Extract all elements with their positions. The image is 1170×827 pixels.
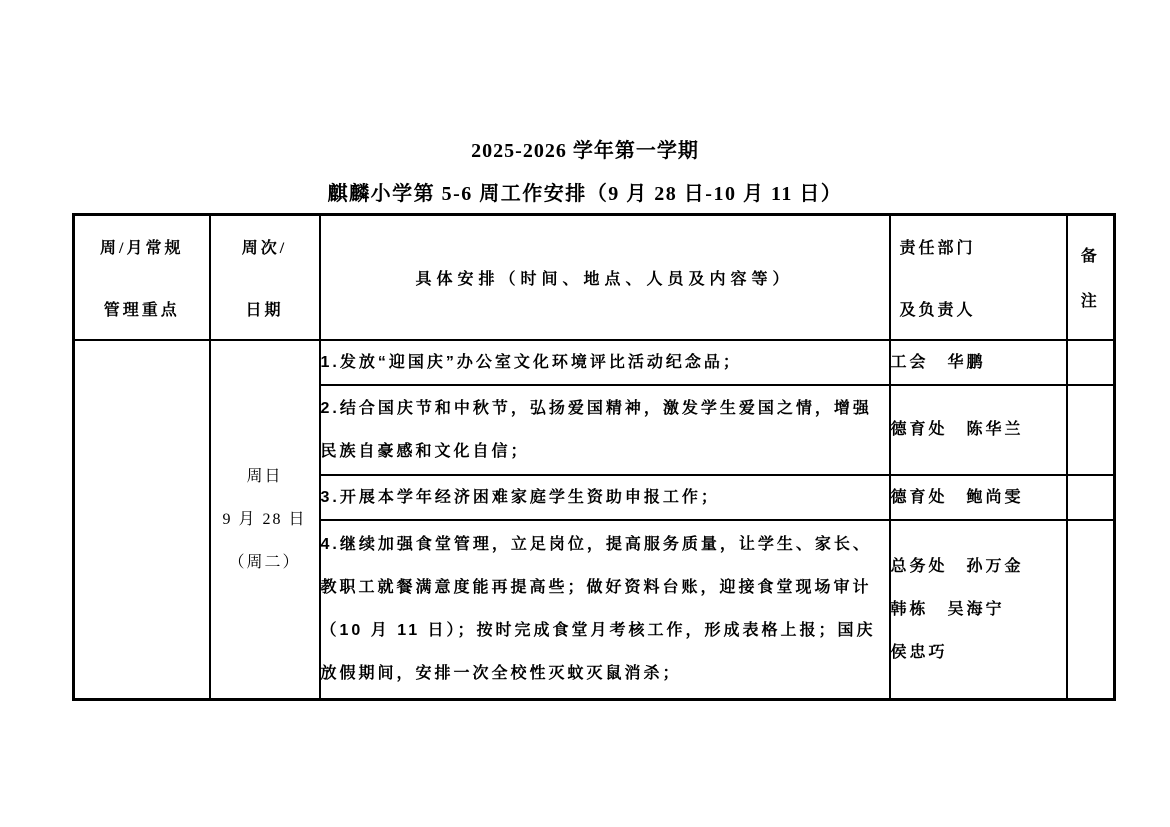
task-cell-3: 3.开展本学年经济困难家庭学生资助申报工作；	[320, 475, 890, 520]
header-week-date-line2: 日期	[245, 297, 283, 320]
responsible-cell-1: 工会 华鹏	[890, 340, 1067, 385]
responsible-line: 德育处 陈华兰	[891, 408, 1066, 451]
week-date-line3: （周二）	[211, 541, 319, 584]
task-cell-4: 4.继续加强食堂管理，立足岗位，提高服务质量，让学生、家长、教职工就餐满意度能再…	[320, 520, 890, 700]
responsible-line: 德育处 鲍尚雯	[891, 476, 1066, 519]
note-cell-4	[1067, 520, 1115, 700]
document-page: 2025-2026 学年第一学期 麒麟小学第 5-6 周工作安排（9 月 28 …	[0, 0, 1170, 827]
responsible-line: 韩栋 吴海宁	[891, 588, 1066, 631]
table-row: 周日 9 月 28 日 （周二） 1.发放“迎国庆”办公室文化环境评比活动纪念品…	[74, 340, 1115, 385]
header-week-date: 周次/ 日期	[210, 215, 320, 340]
week-date-line1: 周日	[211, 455, 319, 498]
header-weekly-focus-line1: 周/月常规	[100, 235, 183, 258]
note-cell-3	[1067, 475, 1115, 520]
header-notes-line1: 备	[1081, 243, 1100, 266]
task-cell-1: 1.发放“迎国庆”办公室文化环境评比活动纪念品；	[320, 340, 890, 385]
header-notes-line2: 注	[1081, 288, 1100, 311]
weekly-focus-cell	[74, 340, 210, 700]
responsible-cell-2: 德育处 陈华兰	[890, 385, 1067, 475]
responsible-line: 侯忠巧	[891, 631, 1066, 674]
responsible-cell-4: 总务处 孙万金 韩栋 吴海宁 侯忠巧	[890, 520, 1067, 700]
header-responsible-line2: 及负责人	[900, 297, 976, 320]
header-notes: 备 注	[1067, 215, 1115, 340]
note-cell-1	[1067, 340, 1115, 385]
header-week-date-line1: 周次/	[242, 235, 287, 258]
responsible-cell-3: 德育处 鲍尚雯	[890, 475, 1067, 520]
task-cell-2: 2.结合国庆节和中秋节，弘扬爱国精神，激发学生爱国之情，增强民族自豪感和文化自信…	[320, 385, 890, 475]
responsible-line: 工会 华鹏	[891, 341, 1066, 384]
document-subtitle: 麒麟小学第 5-6 周工作安排（9 月 28 日-10 月 11 日）	[0, 177, 1170, 206]
responsible-line: 总务处 孙万金	[891, 545, 1066, 588]
document-title: 2025-2026 学年第一学期	[0, 134, 1170, 163]
week-date-line2: 9 月 28 日	[211, 498, 319, 541]
header-responsible: 责任部门 及负责人	[890, 215, 1067, 340]
header-arrangement: 具体安排（时间、地点、人员及内容等）	[320, 215, 890, 340]
header-responsible-line1: 责任部门	[900, 235, 976, 258]
week-date-cell: 周日 9 月 28 日 （周二）	[210, 340, 320, 700]
header-weekly-focus-line2: 管理重点	[104, 297, 180, 320]
table-header-row: 周/月常规 管理重点 周次/ 日期 具体安排（时间、地点、人员及内容等） 责任部…	[74, 215, 1115, 340]
header-weekly-focus: 周/月常规 管理重点	[74, 215, 210, 340]
work-schedule-table: 周/月常规 管理重点 周次/ 日期 具体安排（时间、地点、人员及内容等） 责任部…	[72, 213, 1116, 701]
note-cell-2	[1067, 385, 1115, 475]
